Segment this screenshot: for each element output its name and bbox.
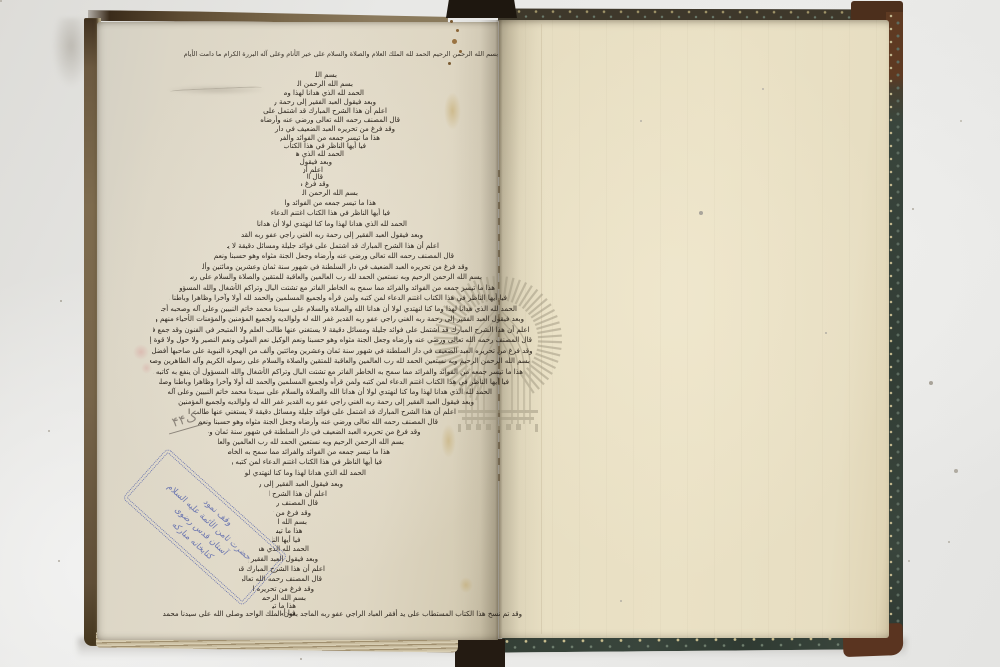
footer-text-line: وقد تم نسخ هذا الكتاب المستطاب على يد أف… [160,609,522,621]
calligram-line: الحمد لله الذي هدانا لهذا وما كنا لنهتدي… [168,387,492,397]
erased-pencil-inscription [168,82,264,98]
calligram-line: الحمد لله الذي هدانا لهذا وما كنا لنهتدي… [161,304,517,314]
calligram-line: قال المصنف رحمه الله تعالى ورضي عنه وأرض… [276,498,318,508]
calligram-line: وبعد فيقول العبد الفقير إلى رحمة ربه الغ… [259,479,343,489]
calligram-line: فيا أيها الناظر في هذا الكتاب اغتنم الدع… [169,293,507,303]
calligram-line: بسم الله الرحمن الرحيم وبه نستعين الحمد … [302,188,358,198]
calligram-line: قال المصنف رحمه الله تعالى ورضي عنه وأرض… [214,251,454,261]
calligram-line: فيا أيها الناظر في هذا الكتاب اغتنم الدع… [232,457,382,467]
calligram-line: قال المصنف رحمه الله تعالى ورضي عنه وأرض… [198,417,438,427]
calligram-line: اعلم أن هذا الشرح المبارك قد اشتمل على ف… [227,241,439,251]
calligram-line: هذا ما تيسر جمعه من الفوائد والفرائد مما… [284,198,376,208]
header-text-line: بسم الله الرحمن الرحيم الحمد لله الملك ا… [183,49,498,61]
book-spine-top [446,0,517,18]
calligram-line: فيا أيها الناظر في هذا الكتاب اغتنم الدع… [159,377,509,387]
calligram-line: هذا ما تيسر جمعه من الفوائد والفرائد مما… [228,447,390,457]
calligram-line: اعلم أن هذا الشرح المبارك قد اشتمل على ف… [188,407,456,417]
calligram-line: بسم الله الرحمن الرحيم وبه نستعين الحمد … [150,356,530,366]
book-spine-bottom [455,639,505,667]
photo-of-open-manuscript: بسم الله الرحمن الرحيم الحمد لله الملك ا… [0,0,1000,667]
calligram-line: قال المصنف رحمه الله تعالى ورضي عنه وأرض… [150,335,532,345]
calligram-line: وبعد فيقول العبد الفقير إلى رحمة ربه الغ… [156,314,524,324]
calligram-line: بسم الله الرحمن الرحيم وبه نستعين الحمد … [218,437,404,447]
calligram-line: الحمد لله الذي هدانا لهذا وما كنا لنهتدي… [255,219,407,229]
right-page [499,20,889,638]
calligram-line: هذا ما تيسر جمعه من الفوائد والفرائد مما… [153,367,523,377]
calligram-line: فيا أيها الناظر في هذا الكتاب اغتنم الدع… [268,208,390,218]
calligram-line: هذا ما تيسر جمعه من الفوائد والفرائد مما… [179,283,495,293]
calligram-line: وبعد فيقول العبد الفقير إلى رحمة ربه الغ… [241,230,423,240]
calligram-line: وقد فرغ من تحريره العبد الضعيف في دار ال… [202,262,468,272]
underpage-edge-line [541,24,542,634]
calligram-line: اعلم أن هذا الشرح المبارك قد اشتمل على ف… [153,325,530,335]
calligram-line: وقد فرغ من تحريره العبد الضعيف في دار ال… [208,427,421,437]
cover-edge-top-left [88,10,448,23]
calligram-line: بسم الله الرحمن الرحيم وبه نستعين الحمد … [190,272,482,282]
calligram-line: وقد فرغ من تحريره العبد الضعيف في دار ال… [150,346,533,356]
calligram-line: وبعد فيقول العبد الفقير إلى رحمة ربه الغ… [178,397,474,407]
calligram-line: الحمد لله الذي هدانا لهذا وما كنا لنهتدي… [244,468,366,478]
